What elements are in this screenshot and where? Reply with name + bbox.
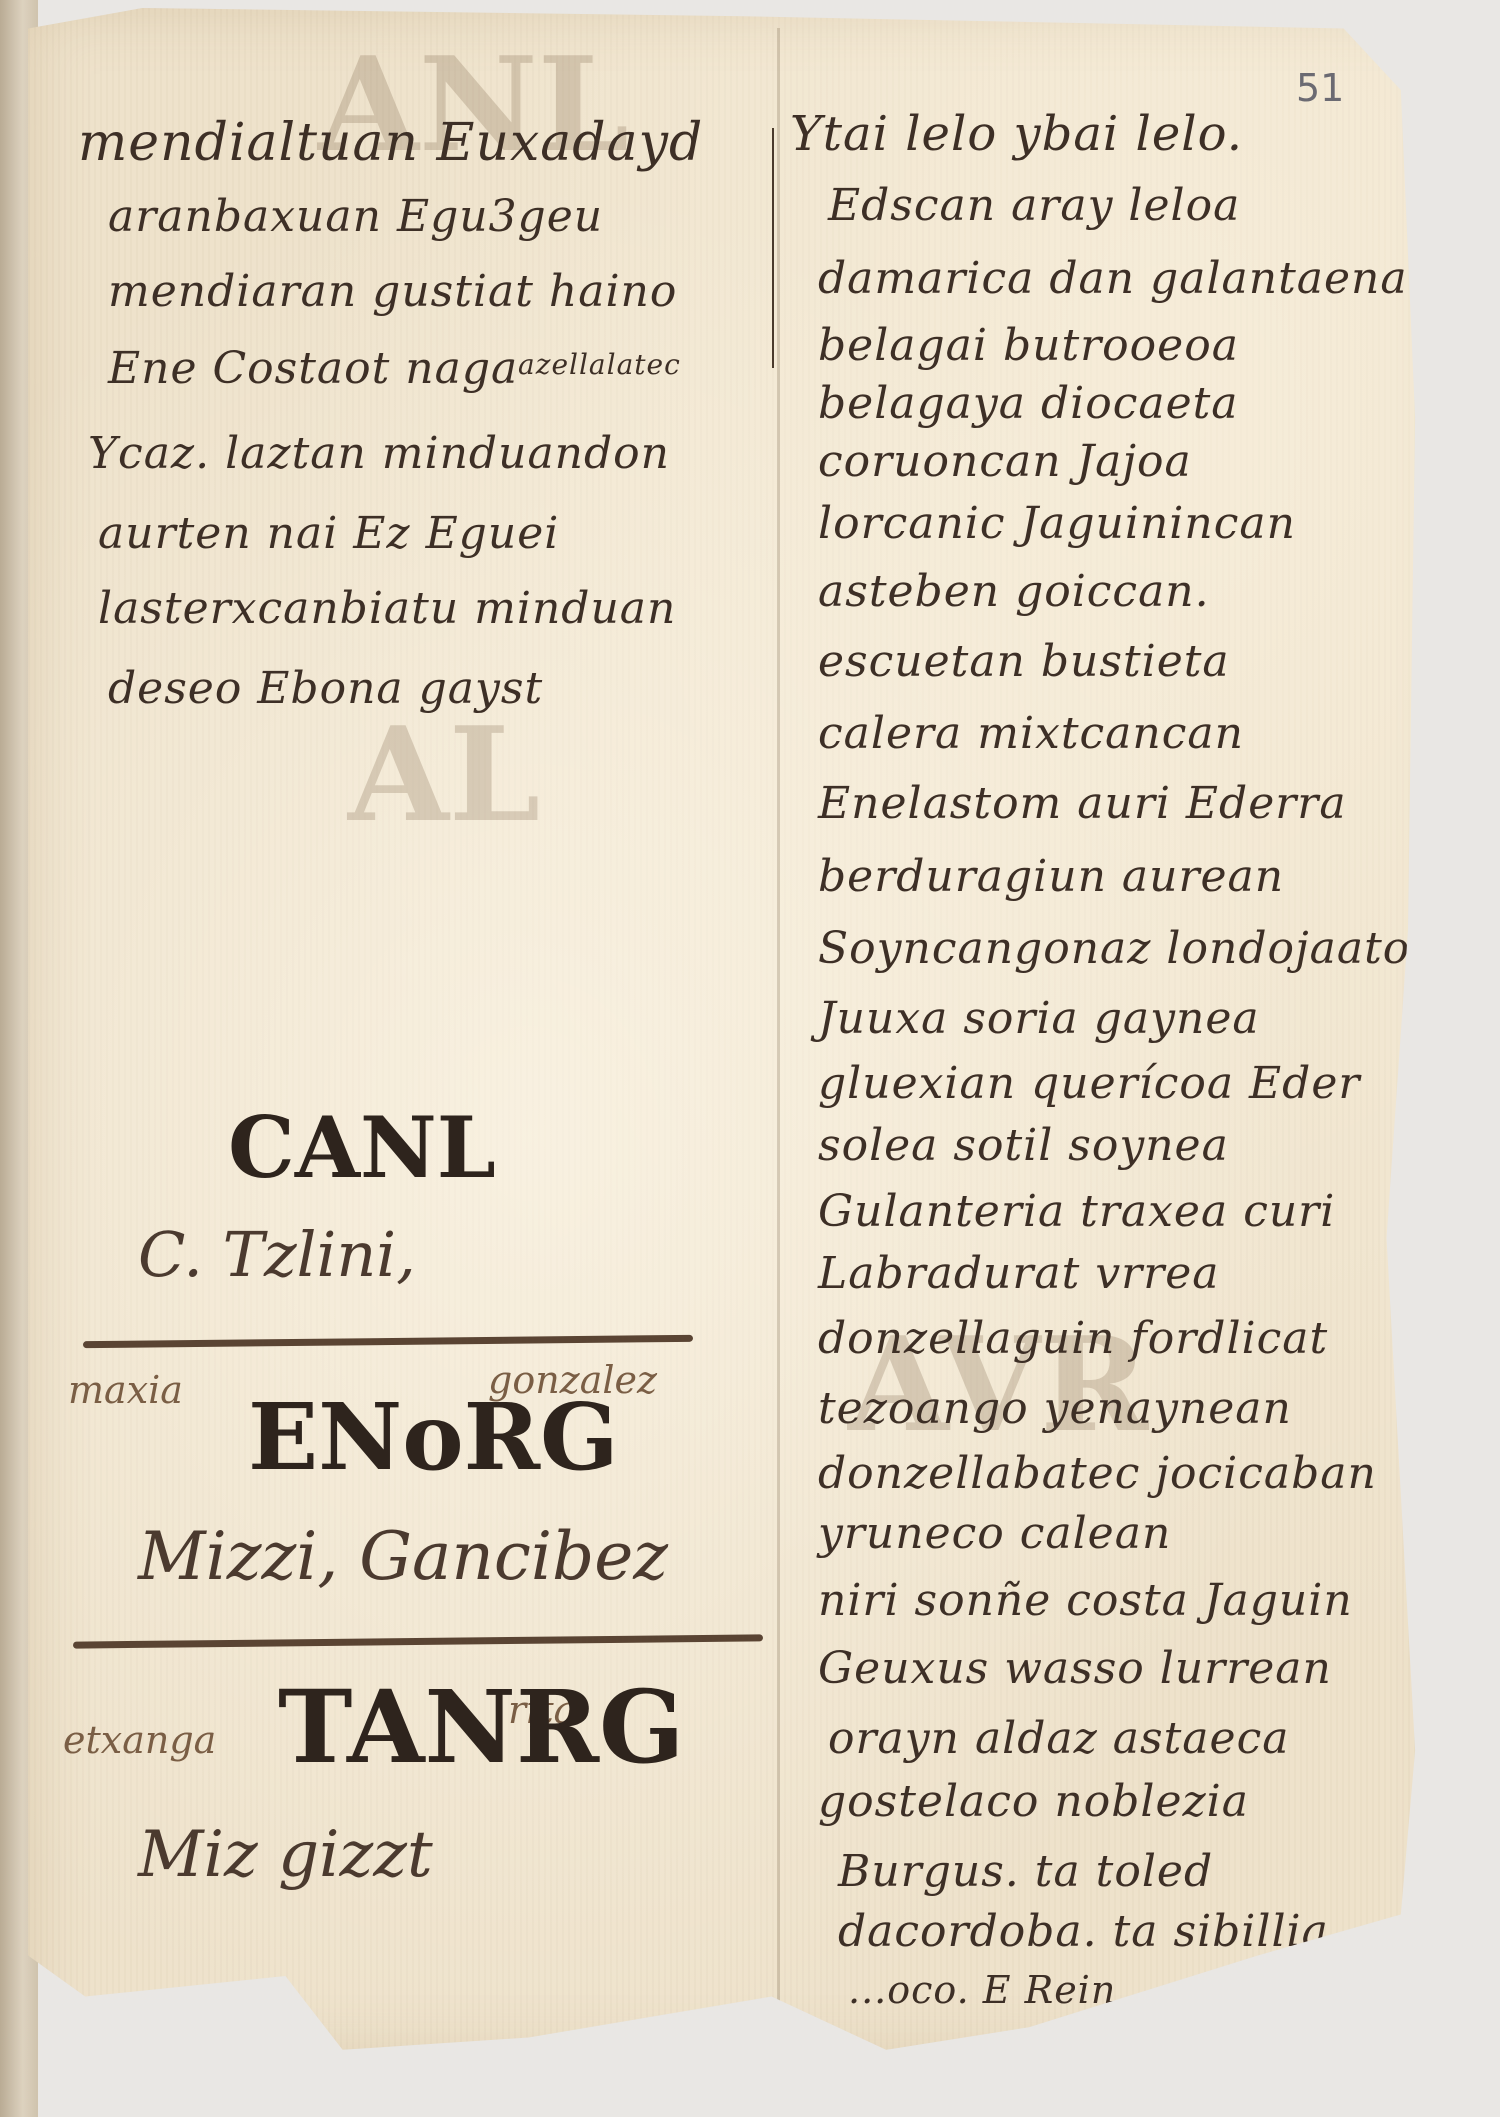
text-line: niri sonñe costa Jaguin — [818, 1575, 1353, 1626]
text-line: Gulanteria traxea curi — [818, 1186, 1335, 1237]
signature: C. Tzlini, — [138, 1218, 416, 1291]
text-line: berduragiun aurean — [818, 851, 1284, 902]
manuscript-page: ANL AL AVR 51 mendialtuan Euxadayd aranb… — [28, 8, 1458, 2058]
text-line: belagaya diocaeta — [818, 378, 1239, 429]
monogram: ENoRG — [248, 1383, 619, 1491]
text-line: yruneco calean — [818, 1508, 1171, 1559]
text-line: calera mixtcancan — [818, 708, 1244, 759]
text-line: Geuxus wasso lurrean — [818, 1643, 1332, 1694]
text-line: damarica dan galantaena — [818, 253, 1408, 304]
text-line: deseo Ebona gayst — [108, 663, 543, 714]
annotation: etxanga — [63, 1718, 216, 1762]
text-line: Labradurat vrrea — [818, 1248, 1220, 1299]
monogram: TANRG — [278, 1668, 684, 1786]
text-line: donzellabatec jocicaban — [818, 1448, 1377, 1499]
signature: Mizzi, Gancibez — [138, 1518, 668, 1595]
text-line: mendialtuan Euxadayd — [78, 113, 703, 173]
text-line: Edscan aray leloa — [828, 180, 1240, 231]
text-line: Ytai lelo ybai lelo. — [790, 106, 1243, 162]
text-line: aranbaxuan Egu3geu — [108, 191, 603, 242]
text-line: Enelastom auri Ederra — [818, 778, 1347, 829]
text-line: orayn aldaz astaeca — [828, 1713, 1289, 1764]
annotation: maxia — [68, 1368, 183, 1412]
divider-rule — [73, 1634, 763, 1648]
text-line: dacordoba. ta sibillia — [838, 1906, 1329, 1957]
text-line: Soyncangonaz londojaato — [818, 923, 1410, 974]
monogram: CANL — [228, 1098, 496, 1197]
text-line: ...oco. E Rein — [848, 1968, 1116, 2012]
text-line: coruoncan Jajoa — [818, 436, 1192, 487]
signature: Miz gizzt — [138, 1818, 433, 1892]
text-line: solea sotil soynea — [818, 1120, 1229, 1171]
interlinear-note: azellalatec — [518, 348, 681, 381]
page-fold — [777, 28, 780, 2028]
column-margin-line — [772, 128, 774, 368]
divider-rule — [83, 1335, 693, 1348]
text-line: aurten nai Ez Eguei — [98, 508, 559, 559]
text-line: Juuxa soria gaynea — [818, 993, 1260, 1044]
text-line: tezoango yenaynean — [818, 1383, 1292, 1434]
text-line: Ene Costaot naga — [108, 343, 518, 394]
text-line: donzellaguin fordlicat — [818, 1313, 1328, 1364]
text-line: lorcanic Jaguinincan — [818, 498, 1296, 549]
text-line: asteben goiccan. — [818, 566, 1210, 617]
bleed-through-monogram: AL — [348, 698, 540, 851]
text-line: Burgus. ta toled — [838, 1846, 1213, 1897]
text-line: gostelaco noblezia — [818, 1776, 1249, 1827]
text-line: Ycaz. laztan minduandon — [88, 428, 670, 479]
text-line: belagai butrooeoa — [818, 320, 1239, 371]
text-line: escuetan bustieta — [818, 636, 1230, 687]
text-line: lasterxcanbiatu minduan — [98, 583, 676, 634]
folio-number: 51 — [1296, 66, 1344, 110]
text-line: gluexian querícoa Eder — [818, 1058, 1360, 1109]
text-line: mendiaran gustiat haino — [108, 266, 677, 317]
